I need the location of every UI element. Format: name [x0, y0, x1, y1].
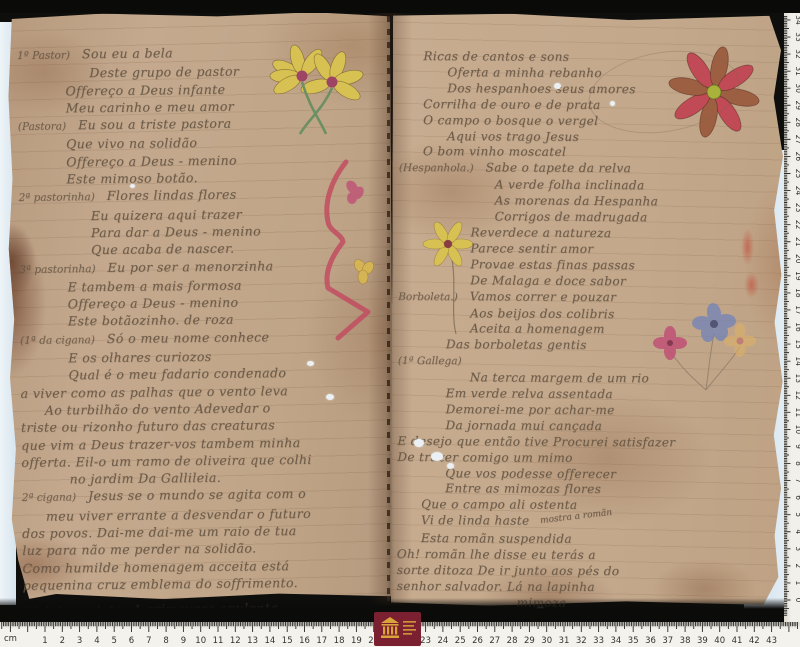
verse-speaker-label: (Pastora)	[18, 121, 66, 134]
svg-text:22: 22	[794, 220, 800, 230]
svg-text:30: 30	[541, 636, 552, 646]
svg-text:19: 19	[351, 636, 362, 646]
svg-text:27: 27	[489, 636, 500, 646]
verse-speaker-label: (1ª da cigana)	[20, 334, 95, 347]
svg-text:18: 18	[794, 288, 800, 298]
svg-text:12: 12	[794, 391, 800, 401]
verse-speaker-label: Borboleta.)	[398, 291, 458, 303]
verse-text: Offereço a Deus - menino	[68, 295, 239, 312]
ruler-unit-label: cm	[4, 634, 17, 644]
verse-text: Vi de linda haste	[421, 513, 530, 528]
verse-text: Sou eu a bela	[82, 45, 173, 61]
vertical-cm-ruler: 0123456789101112131415161718192021222324…	[784, 13, 800, 622]
svg-text:39: 39	[697, 636, 708, 646]
svg-text:26: 26	[794, 152, 800, 162]
svg-text:8: 8	[163, 636, 168, 646]
verse-text: dos povos. Dai-me dai-me um raio de tua	[22, 523, 297, 541]
paper-damage-hole	[554, 83, 561, 89]
svg-text:11: 11	[213, 636, 224, 646]
svg-text:28: 28	[507, 636, 518, 646]
svg-text:13: 13	[247, 636, 258, 646]
paper-damage-hole	[326, 394, 334, 400]
verse-speaker-label: 3ª pastorinha)	[19, 263, 95, 276]
svg-text:10: 10	[794, 425, 800, 435]
verse-text: O bom vinho moscatel	[423, 145, 566, 160]
svg-text:8: 8	[794, 461, 800, 466]
svg-text:7: 7	[146, 636, 151, 646]
verse-text: Vamos correr e pouzar	[470, 289, 617, 304]
svg-text:38: 38	[680, 636, 691, 646]
red-ink-smudge	[741, 228, 754, 266]
svg-text:23: 23	[420, 636, 431, 646]
svg-text:5: 5	[111, 636, 116, 646]
verse-text: que vim a Deus trazer-vos tambem minha	[21, 435, 301, 453]
verse-speaker-label: 1º Pastor)	[17, 49, 70, 62]
verse-text: Das borboletas gentis	[446, 338, 587, 353]
verse-text: A verde folha inclinada	[495, 178, 645, 193]
verse-text: a viver como as palhas que o vento leva	[21, 383, 289, 401]
svg-text:6: 6	[794, 495, 800, 500]
verse-text: meu viver errante a desvendar o futuro	[46, 506, 311, 524]
svg-text:29: 29	[524, 636, 535, 646]
svg-text:9: 9	[181, 636, 186, 646]
verse-text: triste ou rizonho futuro das creaturas	[21, 417, 275, 435]
verse-text: Parece sentir amor	[470, 241, 593, 256]
svg-text:10: 10	[195, 636, 206, 646]
verse-text: Da jornada mui cançada	[445, 418, 602, 433]
verse-text: Dos hespanhoes seus amores	[447, 81, 636, 96]
paper-damage-hole	[447, 463, 454, 469]
svg-text:31: 31	[559, 636, 570, 646]
svg-text:28: 28	[794, 118, 800, 128]
svg-text:33: 33	[593, 636, 604, 646]
svg-text:40: 40	[714, 636, 725, 646]
paper-damage-hole	[130, 184, 135, 188]
manuscript-line: senhor salvador. Lá na lapinha	[397, 579, 783, 597]
svg-text:20: 20	[794, 254, 800, 264]
verse-text: Jesus se o mundo se agita com o	[88, 486, 306, 503]
scan-top-band	[0, 0, 800, 13]
svg-text:2: 2	[60, 636, 65, 646]
paper-damage-hole	[431, 452, 443, 461]
verse-text: O campo o bosque o vergel	[423, 113, 598, 128]
verse-text: Que acaba de nascer.	[91, 241, 234, 257]
verse-text: Sabe o tapete da relva	[486, 161, 632, 176]
verse-text: Aqui vos trago Jesus	[447, 129, 579, 144]
svg-text:9: 9	[794, 444, 800, 449]
verse-text: Só o meu nome conhece	[107, 329, 270, 346]
right-page-text: Ricas de cantos e sonsOferta a minha reb…	[397, 49, 786, 613]
verse-text: Corrigos de madrugada	[495, 210, 648, 225]
svg-text:23: 23	[794, 203, 800, 213]
verse-text: Em verde relva assentada	[446, 386, 613, 401]
verse-text: Para dar a Deus - menino	[91, 223, 261, 240]
svg-text:3: 3	[77, 636, 82, 646]
svg-text:13: 13	[794, 373, 800, 383]
verse-text: pequenina cruz emblema do soffrimento.	[23, 575, 299, 593]
svg-text:32: 32	[794, 49, 800, 59]
verse-text: Oferta a minha rebanho	[447, 65, 602, 80]
svg-text:29: 29	[794, 100, 800, 110]
svg-text:33: 33	[794, 32, 800, 42]
verse-text: E os olhares curiozos	[68, 349, 211, 365]
verse-text: Eu sou a triste pastora	[78, 116, 232, 133]
svg-text:32: 32	[576, 636, 587, 646]
archive-stamp	[374, 612, 421, 646]
verse-text: Aceita a homenagem	[470, 322, 605, 337]
verse-text: De Malaga e doce sabor	[470, 273, 626, 288]
verse-speaker-label: (Hespanhola.)	[399, 162, 474, 174]
manuscript-line: (1ª Gallega)	[398, 353, 784, 372]
verse-text: Este botãozinho. de roza	[68, 312, 234, 329]
svg-text:14: 14	[794, 356, 800, 366]
svg-text:34: 34	[610, 636, 621, 646]
svg-text:4: 4	[94, 636, 99, 646]
svg-text:34: 34	[794, 15, 800, 25]
svg-text:0: 0	[794, 598, 800, 603]
verse-text: Esta romãn suspendida	[421, 531, 572, 546]
verse-text: Como humilde homenagem acceita está	[22, 558, 289, 576]
svg-text:36: 36	[645, 636, 656, 646]
verse-text: Que vos podesse offerecer	[445, 466, 616, 481]
manuscript-line: (Hespanhola.)Sabe o tapete da relva	[399, 160, 785, 179]
verse-text: Offereço a Deus - menino	[66, 152, 237, 169]
svg-text:3: 3	[794, 546, 800, 551]
svg-text:19: 19	[794, 271, 800, 281]
svg-text:26: 26	[472, 636, 483, 646]
verse-text: E desejo que então tive Procurei satisfa…	[397, 434, 675, 449]
svg-text:16: 16	[794, 322, 800, 332]
verse-text: Na terca margem de um rio	[470, 370, 649, 385]
svg-text:2: 2	[794, 563, 800, 568]
verse-text: Reverdece a natureza	[470, 225, 611, 240]
verse-text: Que o campo ali ostenta	[421, 497, 577, 512]
svg-text:35: 35	[628, 636, 639, 646]
svg-text:30: 30	[794, 83, 800, 93]
svg-text:11: 11	[794, 408, 800, 418]
svg-text:37: 37	[662, 636, 673, 646]
verse-text: Que vivo na solidão	[66, 136, 197, 152]
paper-damage-hole	[307, 361, 314, 366]
verse-text: Corrilha de ouro e de prata	[423, 97, 601, 112]
svg-text:15: 15	[794, 339, 800, 349]
verse-text: luz para não me perder na solidão.	[22, 541, 256, 558]
manuscript-line: pequenina cruz emblema do soffrimento.	[23, 573, 389, 594]
verse-text: Flores lindas flores	[107, 187, 237, 203]
svg-text:4: 4	[794, 529, 800, 534]
svg-text:43: 43	[766, 636, 777, 646]
svg-text:31: 31	[794, 66, 800, 76]
svg-text:15: 15	[282, 636, 293, 646]
paper-damage-hole	[610, 101, 615, 106]
verse-text: De trazer comigo um mimo	[397, 450, 573, 465]
verse-text: Eu quizera aqui trazer	[91, 206, 242, 223]
svg-text:42: 42	[749, 636, 760, 646]
svg-text:5: 5	[794, 512, 800, 517]
manuscript-scan: 1º Pastor)Sou eu a belaDeste grupo de pa…	[0, 0, 800, 647]
verse-text: Demorei-me por achar-me	[446, 402, 615, 417]
verse-text: Offereço a Deus infante	[65, 81, 225, 98]
left-page-text: 1º Pastor)Sou eu a belaDeste grupo de pa…	[17, 42, 389, 621]
svg-text:7: 7	[794, 478, 800, 483]
verse-text: no jardim Da Gallileia.	[69, 470, 221, 487]
svg-text:24: 24	[437, 636, 448, 646]
svg-text:1: 1	[42, 636, 47, 646]
svg-text:1: 1	[794, 581, 800, 586]
verse-speaker-label: 2ª cigana)	[22, 492, 76, 505]
svg-text:25: 25	[794, 169, 800, 179]
verse-text: E tambem a mais formosa	[67, 277, 241, 294]
red-ink-smudge	[744, 272, 759, 298]
svg-text:17: 17	[794, 305, 800, 315]
svg-text:25: 25	[455, 636, 466, 646]
verse-text: Oh! romãn lhe disse eu terás a	[397, 547, 596, 562]
svg-text:14: 14	[264, 636, 275, 646]
verse-text: Entre as mimozas flores	[445, 482, 601, 497]
verse-speaker-label: 2ª pastorinha)	[19, 192, 95, 205]
svg-text:27: 27	[794, 135, 800, 145]
verse-text: Aos beijos dos colibris	[470, 306, 615, 321]
verse-text: Eu por ser a menorzinha	[107, 258, 273, 275]
svg-text:6: 6	[129, 636, 134, 646]
verse-text: As morenas da Hespanha	[495, 194, 659, 209]
manuscript-line: Vi de linda hastemostra a romãn	[397, 513, 783, 533]
svg-text:21: 21	[794, 237, 800, 247]
verse-text: Ao turbilhão do vento Adevedar o	[45, 400, 271, 417]
manuscript-line: Borboleta.)Vamos correr e pouzar	[398, 289, 784, 308]
verse-text: Deste grupo de pastor	[89, 64, 239, 81]
verse-text: Qual é o meu fadario condenado	[68, 365, 286, 382]
verse-text: offerta. Eil-o um ramo de oliveira que c…	[21, 452, 312, 470]
svg-text:24: 24	[794, 186, 800, 196]
svg-text:16: 16	[299, 636, 310, 646]
svg-text:12: 12	[230, 636, 241, 646]
verse-text: senhor salvador. Lá na lapinha	[397, 579, 595, 594]
verse-text: Meu carinho e meu amor	[66, 99, 235, 116]
svg-text:17: 17	[316, 636, 327, 646]
paper-damage-hole	[414, 439, 424, 447]
svg-text:18: 18	[334, 636, 345, 646]
svg-text:41: 41	[732, 636, 743, 646]
verse-speaker-label: (1ª Gallega)	[398, 355, 462, 367]
verse-text: Provae estas finas passas	[470, 257, 635, 272]
verse-text: Ricas de cantos e sons	[423, 49, 569, 64]
verse-text: sorte ditoza De ir junto aos pés do	[397, 563, 620, 578]
